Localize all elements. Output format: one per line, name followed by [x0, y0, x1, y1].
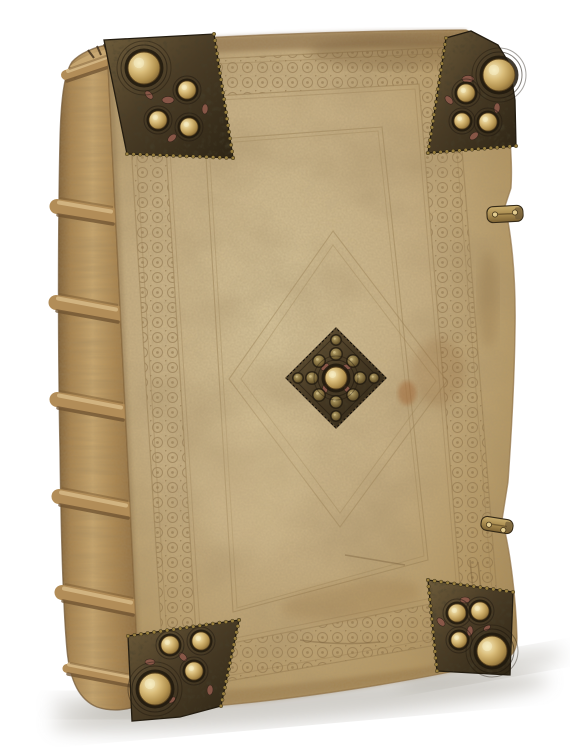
- brass-stud: [178, 81, 196, 99]
- boss-bump: [355, 373, 366, 384]
- brass-stud: [471, 602, 489, 620]
- brass-stud: [180, 118, 198, 136]
- boss-bump: [331, 397, 342, 408]
- brass-dome: [128, 52, 160, 84]
- boss-bump: [348, 390, 359, 401]
- brass-dome: [325, 367, 347, 389]
- rust-stain: [398, 381, 416, 405]
- brass-stud: [448, 604, 466, 622]
- brass-stud: [161, 636, 179, 654]
- corner-plate-bottom-right: [426, 578, 518, 677]
- boss-bump: [370, 374, 379, 383]
- clasp-rivet: [500, 527, 506, 533]
- boss-bump: [307, 373, 318, 384]
- clasp-rivet: [512, 210, 517, 215]
- brass-stud: [192, 632, 210, 650]
- leather-cutout: [162, 96, 174, 103]
- book-photo: [0, 0, 570, 753]
- brass-dome: [139, 673, 171, 705]
- brass-stud: [451, 632, 467, 648]
- boss-bump: [314, 390, 325, 401]
- boss-bump: [332, 412, 341, 421]
- brass-dome: [483, 59, 515, 91]
- photo-canvas: [0, 0, 570, 753]
- boss-bump: [314, 356, 325, 367]
- boss-bump: [331, 349, 342, 360]
- brass-stud: [479, 113, 497, 131]
- boss-bump: [294, 374, 303, 383]
- clasp-rivet: [486, 522, 492, 528]
- boss-bump: [332, 336, 341, 345]
- brass-stud: [149, 111, 167, 129]
- upper-clasp: [487, 205, 524, 223]
- brass-stud: [185, 662, 203, 680]
- leather-cutout: [207, 685, 214, 695]
- leather-cutout: [202, 104, 209, 114]
- brass-stud: [457, 84, 475, 102]
- brass-stud: [454, 113, 470, 129]
- boss-bump: [348, 356, 359, 367]
- clasp-rivet: [492, 212, 497, 217]
- brass-dome: [477, 636, 507, 666]
